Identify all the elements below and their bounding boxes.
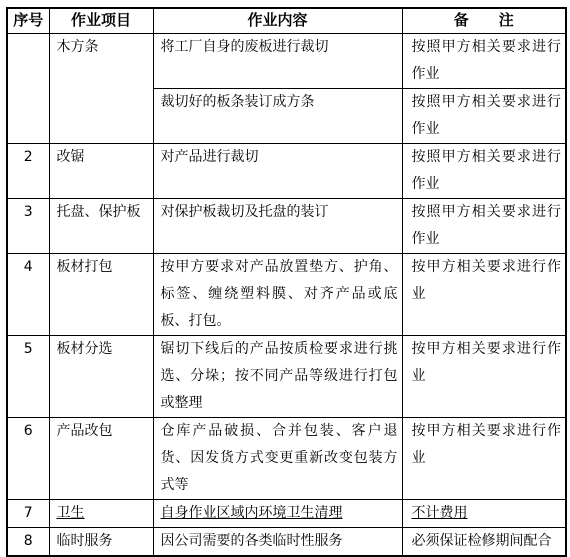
- cell-remark: 按照甲方相关要求进行作业: [402, 88, 566, 143]
- cell-remark: 按照甲方相关要求进行作业: [402, 143, 566, 198]
- cell-remark: 按甲方相关要求进行作业: [402, 253, 566, 335]
- cell-item: 产品改包: [49, 417, 153, 499]
- cell-no: [7, 33, 49, 143]
- cell-no: 4: [7, 253, 49, 335]
- cell-item: 板材分选: [49, 335, 153, 417]
- cell-remark: 按照甲方相关要求进行作业: [402, 198, 566, 253]
- header-item: 作业项目: [49, 8, 153, 33]
- cell-item: 卫生: [49, 499, 153, 527]
- cell-remark: 按甲方相关要求进行作业: [402, 417, 566, 499]
- work-items-table: 序号 作业项目 作业内容 备 注 木方条 将工厂自身的废板进行裁切 按照甲方相关…: [6, 7, 567, 557]
- cell-remark: 必须保证检修期间配合: [402, 527, 566, 556]
- cell-content: 裁切好的板条装订成方条: [153, 88, 402, 143]
- cell-no: 3: [7, 198, 49, 253]
- cell-item: 改锯: [49, 143, 153, 198]
- header-content: 作业内容: [153, 8, 402, 33]
- work-items-document: 序号 作业项目 作业内容 备 注 木方条 将工厂自身的废板进行裁切 按照甲方相关…: [6, 7, 567, 557]
- table-row-4: 4 板材打包 按甲方要求对产品放置垫方、护角、标签、缠绕塑料膜、对齐产品或底板、…: [7, 253, 566, 335]
- header-no: 序号: [7, 8, 49, 33]
- header-remark: 备 注: [402, 8, 566, 33]
- cell-content: 因公司需要的各类临时性服务: [153, 527, 402, 556]
- cell-item: 临时服务: [49, 527, 153, 556]
- cell-remark: 按照甲方相关要求进行作业: [402, 33, 566, 88]
- cell-no: 6: [7, 417, 49, 499]
- cell-no: 5: [7, 335, 49, 417]
- cell-content: 对保护板裁切及托盘的装订: [153, 198, 402, 253]
- cell-remark: 不计费用: [402, 499, 566, 527]
- table-row-6: 6 产品改包 仓库产品破损、合并包装、客户退货、因发货方式变更重新改变包装方式等…: [7, 417, 566, 499]
- cell-remark: 按甲方相关要求进行作业: [402, 335, 566, 417]
- table-row-3: 3 托盘、保护板 对保护板裁切及托盘的装订 按照甲方相关要求进行作业: [7, 198, 566, 253]
- table-row-1a: 木方条 将工厂自身的废板进行裁切 按照甲方相关要求进行作业: [7, 33, 566, 88]
- table-row-8: 8 临时服务 因公司需要的各类临时性服务 必须保证检修期间配合: [7, 527, 566, 556]
- cell-item: 木方条: [49, 33, 153, 143]
- cell-no: 7: [7, 499, 49, 527]
- cell-content: 按甲方要求对产品放置垫方、护角、标签、缠绕塑料膜、对齐产品或底板、打包。: [153, 253, 402, 335]
- cell-content: 自身作业区域内环境卫生清理: [153, 499, 402, 527]
- table-row-7: 7 卫生 自身作业区域内环境卫生清理 不计费用: [7, 499, 566, 527]
- cell-content: 仓库产品破损、合并包装、客户退货、因发货方式变更重新改变包装方式等: [153, 417, 402, 499]
- cell-content: 对产品进行裁切: [153, 143, 402, 198]
- table-row-5: 5 板材分选 锯切下线后的产品按质检要求进行挑选、分垛；按不同产品等级进行打包或…: [7, 335, 566, 417]
- cell-no: 2: [7, 143, 49, 198]
- header-row: 序号 作业项目 作业内容 备 注: [7, 8, 566, 33]
- cell-item: 托盘、保护板: [49, 198, 153, 253]
- cell-content: 将工厂自身的废板进行裁切: [153, 33, 402, 88]
- cell-item: 板材打包: [49, 253, 153, 335]
- table-row-2: 2 改锯 对产品进行裁切 按照甲方相关要求进行作业: [7, 143, 566, 198]
- cell-no: 8: [7, 527, 49, 556]
- cell-content: 锯切下线后的产品按质检要求进行挑选、分垛；按不同产品等级进行打包或整理: [153, 335, 402, 417]
